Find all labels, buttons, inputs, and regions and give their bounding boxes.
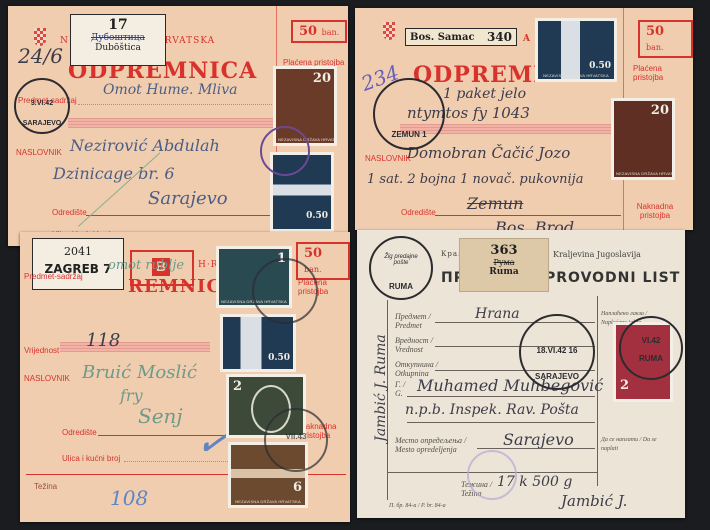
- field-label: Место опредељења / Mesto opredeljenja: [395, 436, 477, 454]
- field-label: Odredište: [52, 208, 87, 217]
- field-label: Г. / G.: [395, 380, 407, 398]
- registration-tag: 17 Дубоштица Dubōštica: [70, 14, 166, 66]
- card-title: REMNIC: [128, 276, 222, 297]
- field-label: NASLOVNIK: [24, 374, 70, 383]
- field-label: Предмет / Predmet: [395, 312, 435, 330]
- field-label: NASLOVNIK: [16, 148, 62, 157]
- field-value-line2: n.p.b. Inspek. Rav. Pošta: [405, 402, 579, 418]
- field-value-destination: Zemun: [467, 194, 523, 213]
- postmark-zemun: ZEMUN 1: [373, 78, 445, 150]
- parcel-card-bottom-right: Краљ Kraljevina Jugoslavija ПРОЕ PROVODN…: [357, 230, 685, 518]
- field-value-contents: omot rublje: [108, 258, 184, 273]
- date-note: 24/6: [18, 44, 63, 68]
- registration-marker: A: [523, 34, 531, 44]
- side-label-to-collect: Да се наплати / Da se naplati: [601, 436, 661, 454]
- field-value-weight: 108: [110, 486, 148, 510]
- postmark-faint-violet: [467, 450, 517, 500]
- field-value-destination: Sarajevo: [503, 430, 574, 449]
- field-label: Predmet-sadržaj: [24, 272, 83, 281]
- field-label: Težina: [34, 482, 57, 491]
- value-band: [60, 342, 210, 352]
- fee-box: 50 ban.: [291, 20, 347, 43]
- postmark-sarajevo: 3.VI.42 SARAJEVO: [14, 78, 70, 134]
- stamp-20: 20 NEZAVISNA DRŽAVA HRVATSKA: [611, 98, 675, 180]
- fee-box: 50 ban.: [638, 20, 693, 58]
- field-value-contents: 1 paket jelo: [443, 86, 526, 102]
- field-value-town: Senj: [138, 404, 183, 428]
- parcel-card-top-left: N AVA HRVATSKA ODPREMNICA 50 ban. Plaćen…: [8, 6, 348, 246]
- value-band: [68, 118, 276, 128]
- field-value-addressee: Domobran Čačić Jozo: [407, 144, 570, 162]
- field-value-addressee: Bruić Moslić: [82, 362, 197, 383]
- form-number: П. бр. 84-а / P. br. 84-a: [389, 502, 449, 511]
- field-value-destination: Sarajevo: [148, 188, 228, 209]
- croatian-crest-icon: [383, 22, 395, 40]
- postmark-sarajevo: 18.VI.42 16 SARAJEVO: [519, 314, 595, 390]
- field-value-destination-new: Bos. Brod: [495, 218, 574, 230]
- field-value-value: 118: [86, 330, 120, 351]
- left-margin-note: Jambić J. Ruma: [373, 334, 389, 442]
- field-label: Вредност / Vrednost: [395, 336, 443, 354]
- field-value-street: Dzinicage br. 6: [53, 164, 175, 183]
- field-label: NASLOVNIK: [365, 154, 411, 163]
- field-value-line2: fry: [120, 386, 143, 405]
- field-value-contents: Hrana: [475, 306, 520, 322]
- field-label: Odredište: [62, 428, 97, 437]
- postmark-dubostica: [260, 126, 310, 176]
- fee-additional-label: Naknadna pristojba: [635, 202, 675, 220]
- field-label: Ulica i kućni broj: [62, 454, 120, 463]
- card-title: ODPREMN: [413, 62, 554, 88]
- postmark-zagreb-2: VII.43: [264, 408, 328, 472]
- signature: Jambić J.: [561, 492, 627, 510]
- registration-tag: 363 Рума Ruma: [459, 238, 549, 292]
- field-value-unit: 1 sat. 2 bojna 1 novač. pukovnija: [367, 172, 583, 187]
- parcel-card-top-right: Bos. Samac 340 A ODPREMN 50 ban. Plaćena…: [355, 8, 693, 230]
- fee-paid-label: Plaćena pristojba: [633, 64, 693, 82]
- registration-tag: Bos. Samac 340: [405, 28, 517, 46]
- postmark-zagreb: [252, 258, 318, 324]
- stamp-0-50: 0.50 NEZAVISNA DRŽAVA HRVATSKA: [535, 18, 617, 82]
- field-label: Vrijednost: [24, 346, 59, 355]
- postmark-ruma: VI.42 RUMA: [619, 316, 683, 380]
- field-value-addressee: Nezirović Abdulah: [70, 136, 220, 155]
- field-label: Odredište: [401, 208, 436, 217]
- card-header-right: Kraljevina Jugoslavija: [553, 250, 641, 259]
- postmark-ruma-origin: Žig predajne pošte RUMA: [369, 236, 433, 300]
- field-value-contents: Omot Hume. Mliva: [103, 82, 238, 98]
- card-title-right: PROVODNI LIST: [545, 270, 680, 286]
- parcel-card-bottom-left: 2041 ZAGREB 7 B H·R REMNIC 50 ban. Plaće…: [20, 232, 350, 522]
